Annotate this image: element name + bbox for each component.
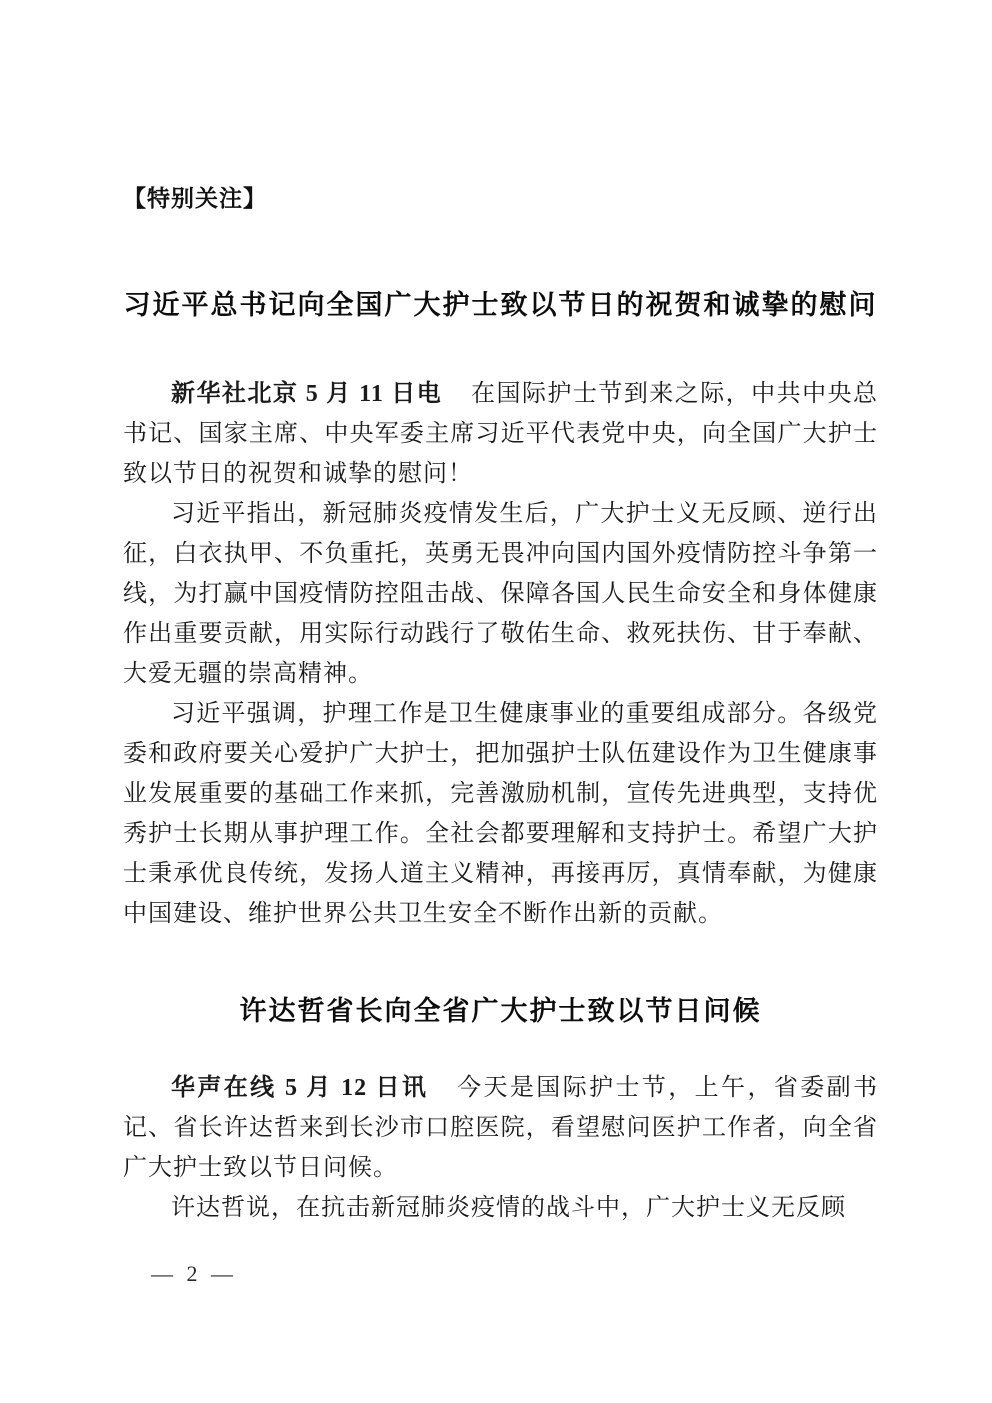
paragraph: 许达哲说，在抗击新冠肺炎疫情的战斗中，广大护士义无反顾 <box>123 1188 878 1228</box>
article-2: 许达哲省长向全省广大护士致以节日问候 华声在线 5 月 12 日讯今天是国际护士… <box>123 994 878 1228</box>
paragraph: 新华社北京 5 月 11 日电在国际护士节到来之际，中共中央总书记、国家主席、中… <box>123 374 878 494</box>
dateline-lead: 新华社北京 5 月 11 日电 <box>171 381 442 407</box>
article-1-title: 习近平总书记向全国广大护士致以节日的祝贺和诚挚的慰问 <box>123 288 878 322</box>
dateline-lead: 华声在线 5 月 12 日讯 <box>171 1075 428 1101</box>
document-page: 【特别关注】 习近平总书记向全国广大护士致以节日的祝贺和诚挚的慰问 新华社北京 … <box>0 0 992 1403</box>
page-number: — 2 — <box>123 1261 878 1287</box>
article-2-title: 许达哲省长向全省广大护士致以节日问候 <box>123 994 878 1028</box>
paragraph: 习近平指出，新冠肺炎疫情发生后，广大护士义无反顾、逆行出征，白衣执甲、不负重托，… <box>123 494 878 694</box>
paragraph: 习近平强调，护理工作是卫生健康事业的重要组成部分。各级党委和政府要关心爱护广大护… <box>123 694 878 934</box>
paragraph-text: 习近平指出，新冠肺炎疫情发生后，广大护士义无反顾、逆行出征，白衣执甲、不负重托，… <box>123 501 878 687</box>
article-2-body: 华声在线 5 月 12 日讯今天是国际护士节，上午，省委副书记、省长许达哲来到长… <box>123 1068 878 1228</box>
section-label: 【特别关注】 <box>123 183 878 213</box>
paragraph: 华声在线 5 月 12 日讯今天是国际护士节，上午，省委副书记、省长许达哲来到长… <box>123 1068 878 1188</box>
paragraph-text: 习近平强调，护理工作是卫生健康事业的重要组成部分。各级党委和政府要关心爱护广大护… <box>123 701 878 927</box>
article-1-body: 新华社北京 5 月 11 日电在国际护士节到来之际，中共中央总书记、国家主席、中… <box>123 374 878 934</box>
article-1: 习近平总书记向全国广大护士致以节日的祝贺和诚挚的慰问 新华社北京 5 月 11 … <box>123 288 878 934</box>
paragraph-text: 许达哲说，在抗击新冠肺炎疫情的战斗中，广大护士义无反顾 <box>171 1195 846 1221</box>
